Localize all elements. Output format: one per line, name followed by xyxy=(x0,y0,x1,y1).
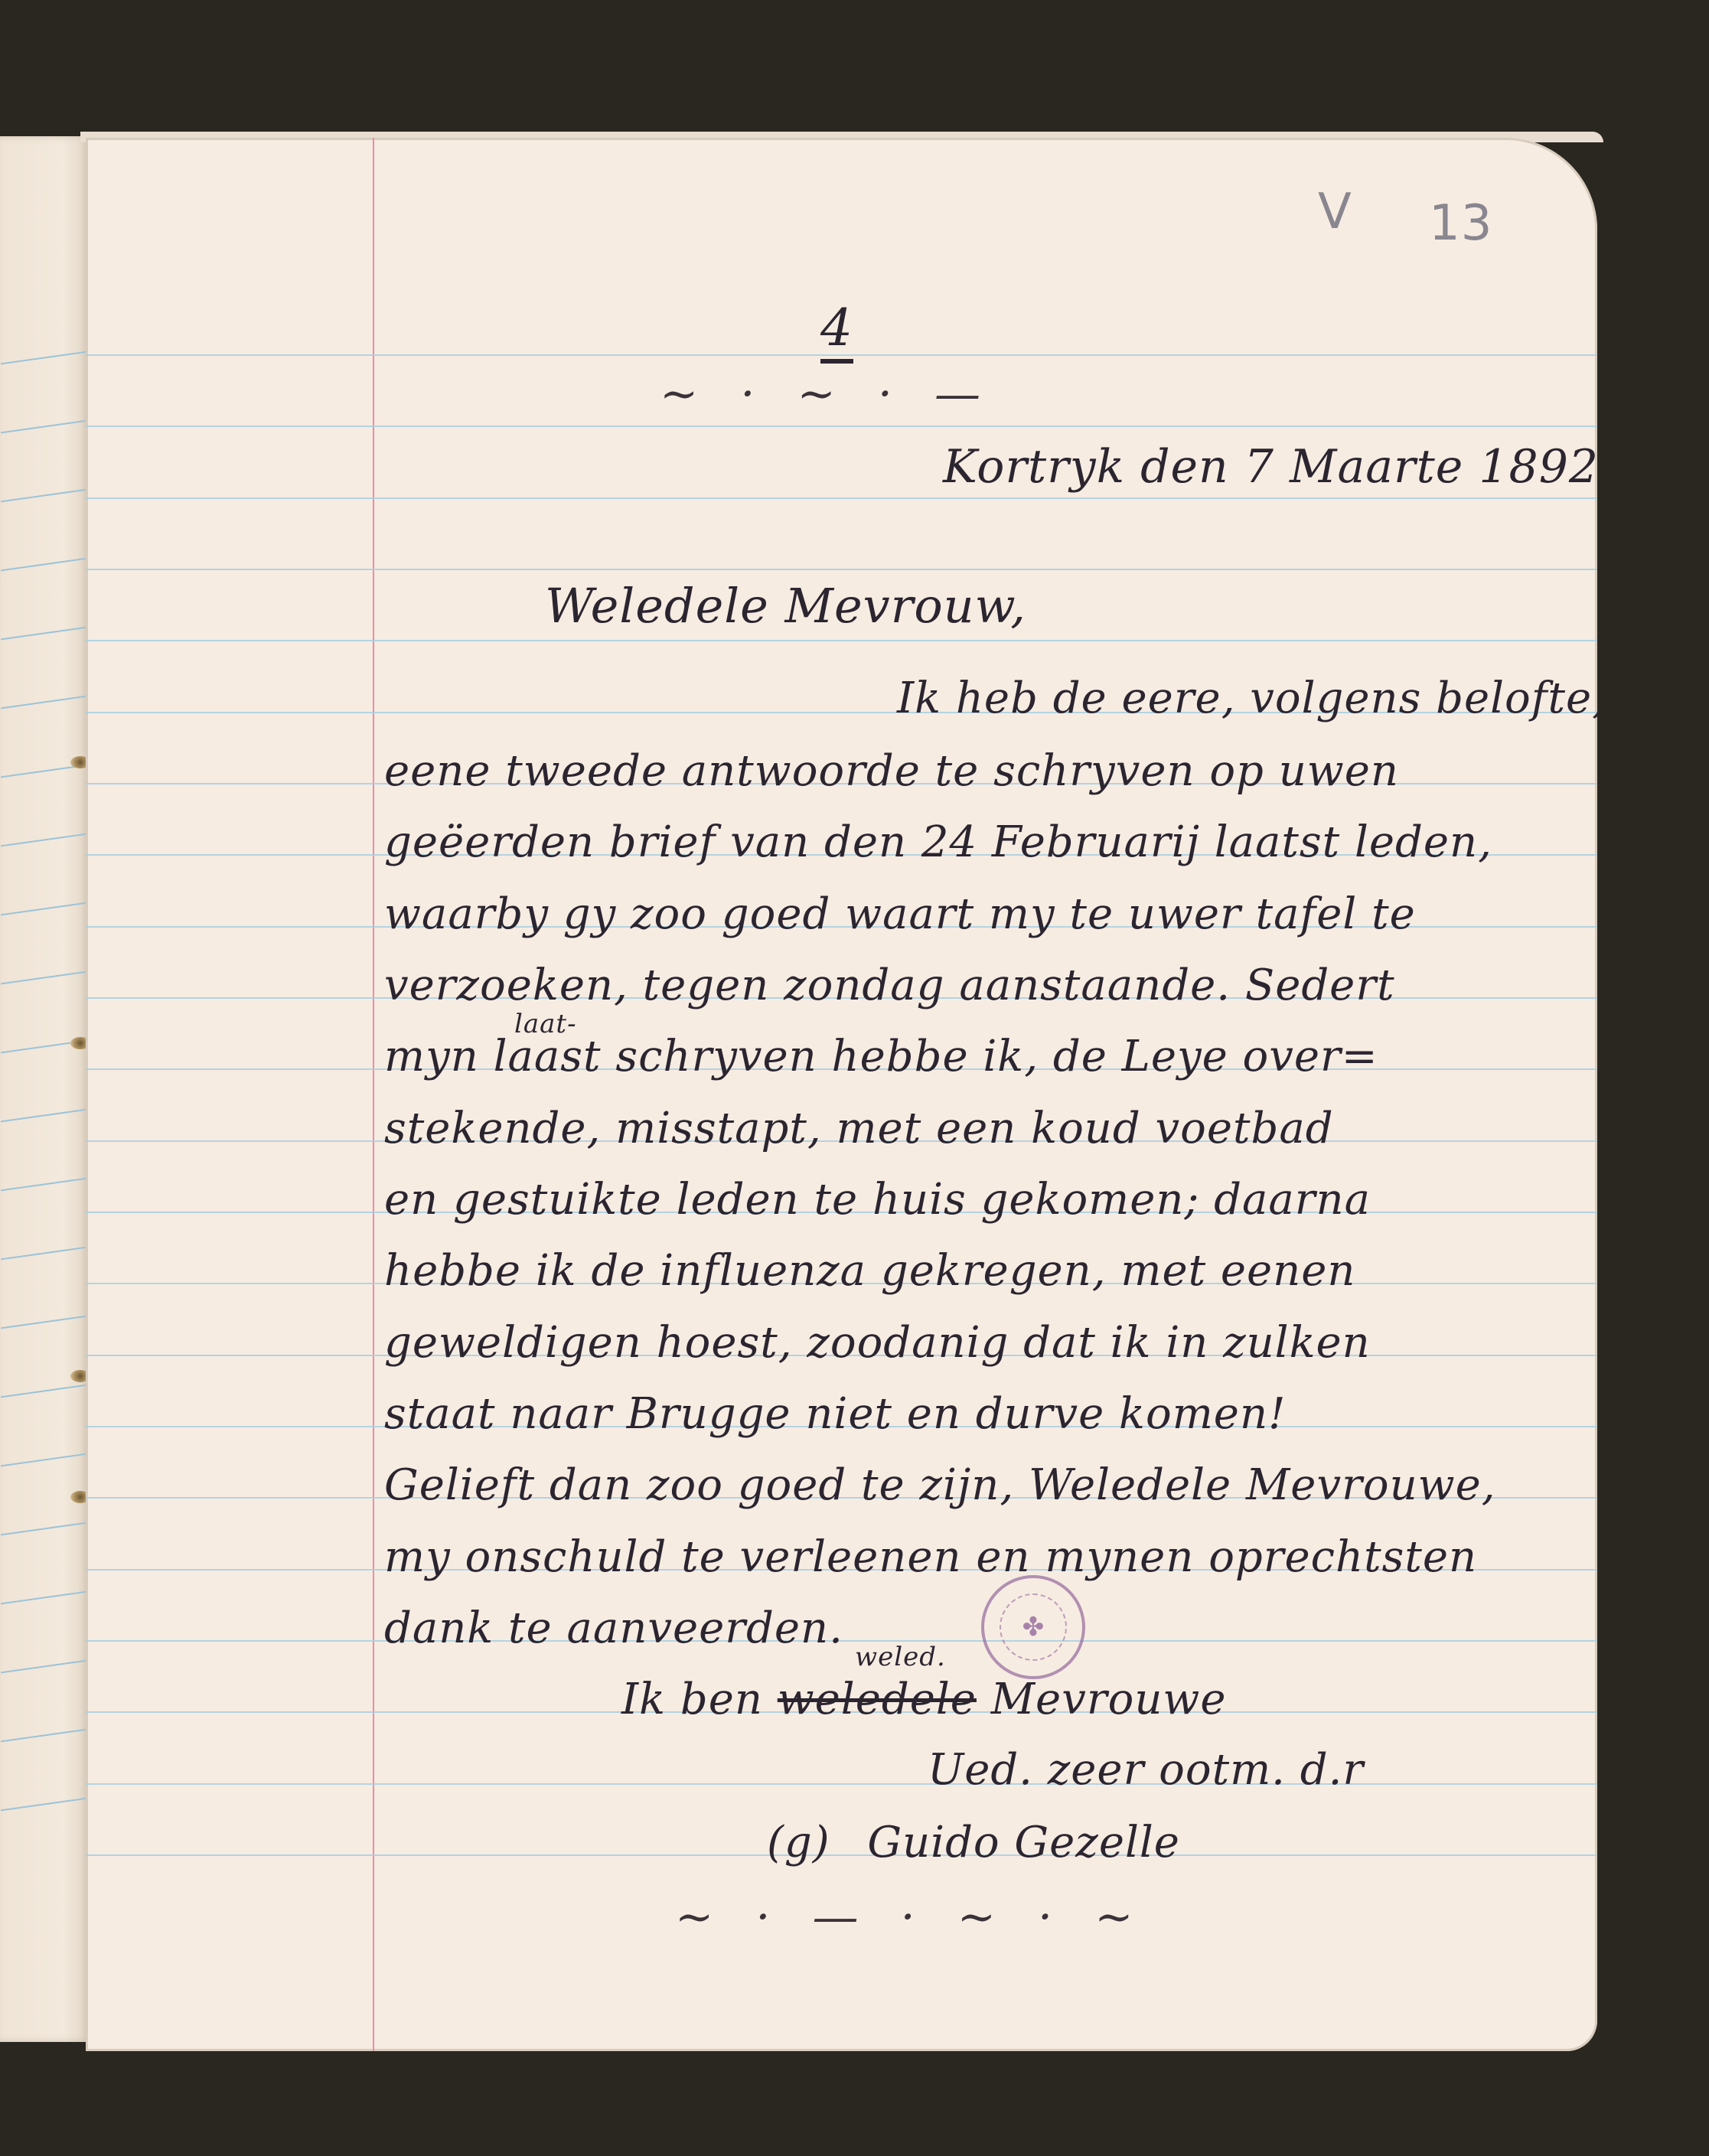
ruled-line xyxy=(86,1783,1597,1785)
stamp-emblem-icon: ✤ xyxy=(1000,1593,1067,1661)
signature-prefix: (g) xyxy=(767,1818,830,1867)
ruled-line xyxy=(86,426,1597,427)
closing-line-1: Ik ben weledele Mevrouwe xyxy=(621,1675,1226,1724)
ruled-line xyxy=(1,626,90,640)
body-line-6: myn laast schryven hebbe ik, de Leye ove… xyxy=(384,1032,1378,1081)
ruled-line xyxy=(1,1384,90,1398)
notebook-page: V 13 4 ~ · ~ · — Kortryk den 7 Maarte 18… xyxy=(86,138,1597,2051)
ruled-line xyxy=(1,695,90,709)
closing-line-2: Ued. zeer ootm. d.r xyxy=(928,1745,1364,1795)
signature: Guido Gezelle xyxy=(867,1818,1180,1867)
body-line-2: eene tweede antwoorde te schryven op uwe… xyxy=(384,746,1399,796)
place-date: Kortryk den 7 Maarte 1892 xyxy=(943,440,1597,494)
body-line-7: stekende, misstapt, met een koud voetbad xyxy=(384,1104,1334,1153)
ruled-line xyxy=(1,419,90,433)
ruled-line xyxy=(1,970,90,984)
closing-suffix: Mevrouwe xyxy=(991,1675,1227,1724)
ruled-line xyxy=(86,640,1597,641)
letter-number: 4 xyxy=(820,298,853,357)
ruled-line xyxy=(1,833,90,846)
margin-line xyxy=(373,138,374,2051)
body-line-4: waarby gy zoo goed waart my te uwer tafe… xyxy=(384,889,1416,939)
ruled-line xyxy=(1,1453,90,1466)
pencil-mark: V xyxy=(1318,184,1352,240)
ruled-line xyxy=(1,1315,90,1329)
body-line-3: geëerden brief van den 24 Februarij laat… xyxy=(384,817,1492,867)
ruled-line xyxy=(1,1659,90,1673)
ruled-line xyxy=(1,557,90,571)
signature-line: (g) Guido Gezelle xyxy=(767,1818,1180,1867)
closing-prefix: Ik ben xyxy=(621,1675,763,1724)
top-flourish: ~ · ~ · — xyxy=(660,367,994,421)
body-line-8: en gestuikte leden te huis gekomen; daar… xyxy=(384,1175,1371,1225)
ruled-line xyxy=(1,351,90,364)
ruled-line xyxy=(1,902,90,915)
body-line-1: Ik heb de eere, volgens belofte, xyxy=(897,674,1597,723)
ruled-line xyxy=(1,1728,90,1742)
facing-page-edge xyxy=(0,136,90,2042)
body-line-13: my onschuld te verleenen en mynen oprech… xyxy=(384,1532,1477,1582)
closing-struck-word: weledele xyxy=(778,1675,977,1724)
bottom-flourish: ~ · — · ~ · ~ xyxy=(675,1890,1146,1944)
ruled-line xyxy=(86,569,1597,570)
body-line-12: Gelieft dan zoo goed te zijn, Weledele M… xyxy=(384,1460,1496,1510)
body-line-14: dank te aanveerden. xyxy=(384,1603,843,1653)
body-line-5: verzoeken, tegen zondag aanstaande. Sede… xyxy=(384,961,1395,1010)
ruled-line xyxy=(1,1522,90,1535)
ruled-line xyxy=(1,1177,90,1191)
ruled-line xyxy=(86,497,1597,499)
ruled-line xyxy=(1,1246,90,1260)
ruled-line xyxy=(1,1590,90,1604)
body-line-9: hebbe ik de influenza gekregen, met eene… xyxy=(384,1246,1355,1296)
body-line-10: geweldigen hoest, zoodanig dat ik in zul… xyxy=(384,1318,1371,1368)
body-line-11: staat naar Brugge niet en durve komen! xyxy=(384,1389,1287,1439)
pencil-page-number: 13 xyxy=(1429,195,1492,252)
library-stamp: ✤ xyxy=(981,1575,1085,1679)
ruled-line xyxy=(1,1797,90,1811)
ruled-line xyxy=(1,1108,90,1122)
ruled-line xyxy=(1,488,90,502)
closing-insert: weled. xyxy=(855,1642,946,1672)
salutation: Weledele Mevrouw, xyxy=(545,578,1026,634)
